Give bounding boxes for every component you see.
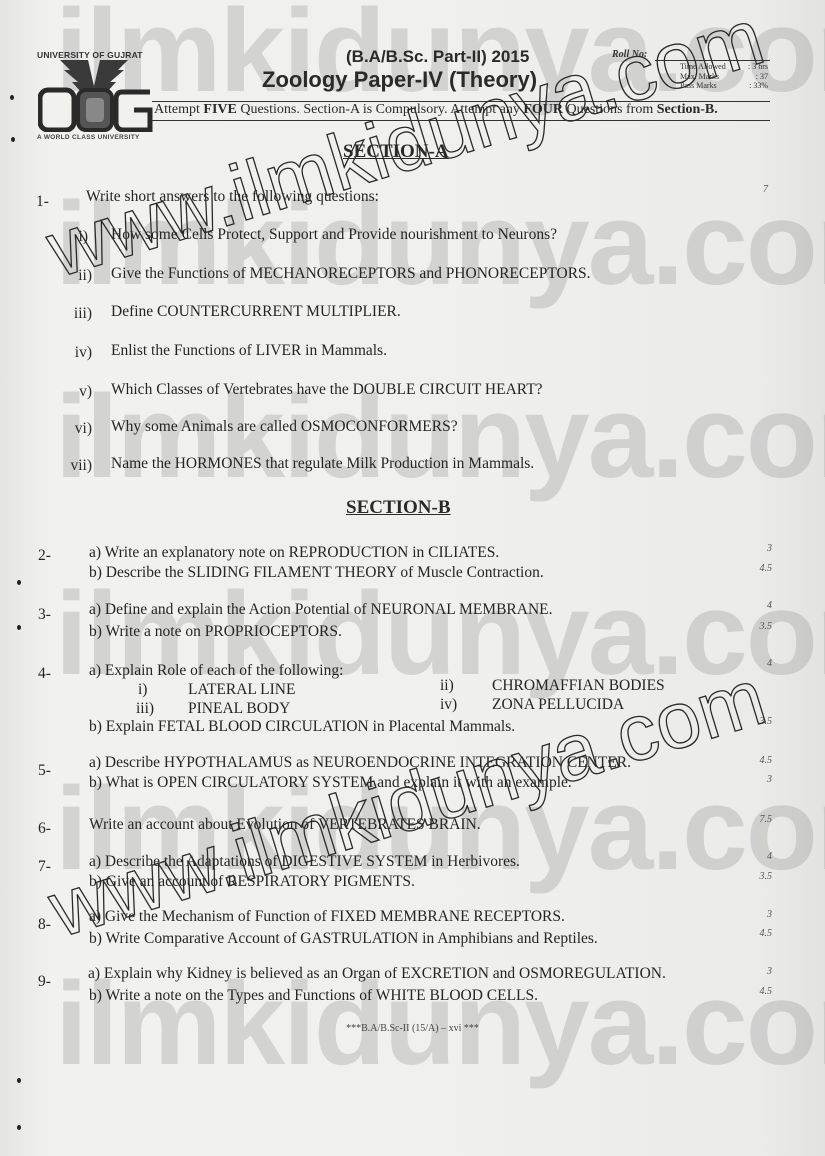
divider: [152, 120, 770, 121]
paper-code-footer: ***B.A/B.Sc-II (15/A) – xvi ***: [0, 1023, 825, 1034]
university-name: UNIVERSITY OF GUJRAT: [37, 50, 143, 60]
short-question: Which Classes of Vertebrates have the DO…: [111, 381, 543, 399]
part-marks: 4.5: [742, 986, 772, 997]
question-part: Write an account about Evolution of VERT…: [89, 816, 481, 834]
question-part: b) Write a note on PROPRIOCEPTORS.: [89, 623, 342, 641]
part-marks: 3.5: [742, 621, 772, 632]
question-part: b) Describe the SLIDING FILAMENT THEORY …: [89, 564, 544, 582]
question-number: 7-: [38, 858, 51, 876]
university-slogan: A WORLD CLASS UNIVERSITY: [37, 134, 140, 141]
scan-mark: [17, 580, 21, 585]
question-part: b) Give an account of RESPIRATORY PIGMEN…: [89, 873, 415, 891]
question-part: a) Define and explain the Action Potenti…: [89, 601, 552, 619]
question-number: 1-: [36, 193, 49, 211]
part-label: iv): [52, 344, 92, 362]
part-marks: 4: [742, 600, 772, 611]
question-part: a) Explain why Kidney is believed as an …: [88, 965, 666, 983]
paper-title: Zoology Paper-IV (Theory): [262, 67, 537, 93]
part-label: vii): [52, 457, 92, 475]
part-marks: 3: [742, 909, 772, 920]
question-part: b) Write Comparative Account of GASTRULA…: [89, 930, 598, 948]
short-question: Enlist the Functions of LIVER in Mammals…: [111, 342, 387, 360]
scan-mark: [17, 1125, 21, 1130]
question-part: b) What is OPEN CIRCULATORY SYSTEM and e…: [89, 774, 572, 792]
question-part: a) Explain Role of each of the following…: [89, 662, 343, 680]
part-marks: 4.5: [742, 563, 772, 574]
short-question: How some Cells Protect, Support and Prov…: [111, 226, 557, 244]
max-marks: Max. Marks: 37: [680, 72, 768, 82]
question-part: a) Write an explanatory note on REPRODUC…: [89, 544, 499, 562]
question-part: b) Explain FETAL BLOOD CIRCULATION in Pl…: [89, 718, 515, 736]
question-number: 4-: [38, 665, 51, 683]
section-b-heading: SECTION-B: [346, 497, 451, 519]
university-logo: [38, 60, 156, 132]
scan-mark: [11, 137, 15, 142]
exam-meta: Time Allowed: 3 hrs Max. Marks: 37 Pass …: [680, 62, 768, 91]
part-label: vi): [52, 420, 92, 438]
question-part: b) Write a note on the Types and Functio…: [89, 987, 538, 1005]
scan-mark: [17, 1078, 21, 1083]
part-marks: 4.5: [742, 755, 772, 766]
part-marks: 3.5: [742, 871, 772, 882]
short-question: Define COUNTERCURRENT MULTIPLIER.: [111, 303, 401, 321]
question-number: 8-: [38, 916, 51, 934]
exam-instructions: Attempt FIVE Questions. Section-A is Com…: [154, 102, 718, 118]
section-a-heading: SECTION-A: [343, 141, 449, 163]
question-marks: 7: [738, 184, 768, 195]
pass-marks: Pass Marks: 33%: [680, 81, 768, 91]
question-number: 3-: [38, 606, 51, 624]
short-question: Name the HORMONES that regulate Milk Pro…: [111, 455, 534, 473]
roll-no-field: [655, 60, 770, 61]
part-label: i): [48, 228, 88, 246]
sub-item-label: iv): [440, 696, 457, 714]
question-part: a) Describe the Adaptations of DIGESTIVE…: [89, 853, 520, 871]
part-marks: 3: [742, 966, 772, 977]
exam-paper-page: ilmkidunya.com ilmkidunya.com ilmkidunya…: [0, 0, 825, 1156]
exam-title-line: (B.A/B.Sc. Part-II) 2015: [346, 47, 529, 67]
question-part: a) Describe HYPOTHALAMUS as NEUROENDOCRI…: [89, 754, 631, 772]
sub-item: ZONA PELLUCIDA: [492, 696, 624, 714]
sub-item-label: iii): [136, 700, 154, 718]
sub-item: PINEAL BODY: [188, 700, 290, 718]
sub-item-label: ii): [440, 677, 454, 695]
sub-item: CHROMAFFIAN BODIES: [492, 677, 665, 695]
question-number: 5-: [38, 762, 51, 780]
part-marks: 3: [742, 774, 772, 785]
part-marks: 4: [742, 658, 772, 669]
short-question: Give the Functions of MECHANORECEPTORS a…: [111, 265, 591, 283]
part-marks: 7.5: [742, 814, 772, 825]
question-number: 2-: [38, 547, 51, 565]
part-marks: 3.5: [742, 716, 772, 727]
sub-item-label: i): [138, 681, 147, 699]
question-number: 9-: [38, 973, 51, 991]
part-marks: 3: [742, 543, 772, 554]
scan-mark: [17, 625, 21, 630]
question-number: 6-: [38, 820, 51, 838]
part-label: iii): [52, 305, 92, 323]
question-text: Write short answers to the following que…: [86, 188, 379, 206]
part-marks: 4: [742, 851, 772, 862]
roll-no-label: Roll No:: [612, 49, 647, 60]
question-part: a) Give the Mechanism of Function of FIX…: [89, 908, 565, 926]
sub-item: LATERAL LINE: [188, 681, 295, 699]
short-question: Why some Animals are called OSMOCONFORME…: [111, 418, 458, 436]
part-marks: 4.5: [742, 928, 772, 939]
scan-mark: [10, 95, 14, 100]
part-label: ii): [52, 267, 92, 285]
time-allowed: Time Allowed: 3 hrs: [680, 62, 768, 72]
part-label: v): [52, 383, 92, 401]
